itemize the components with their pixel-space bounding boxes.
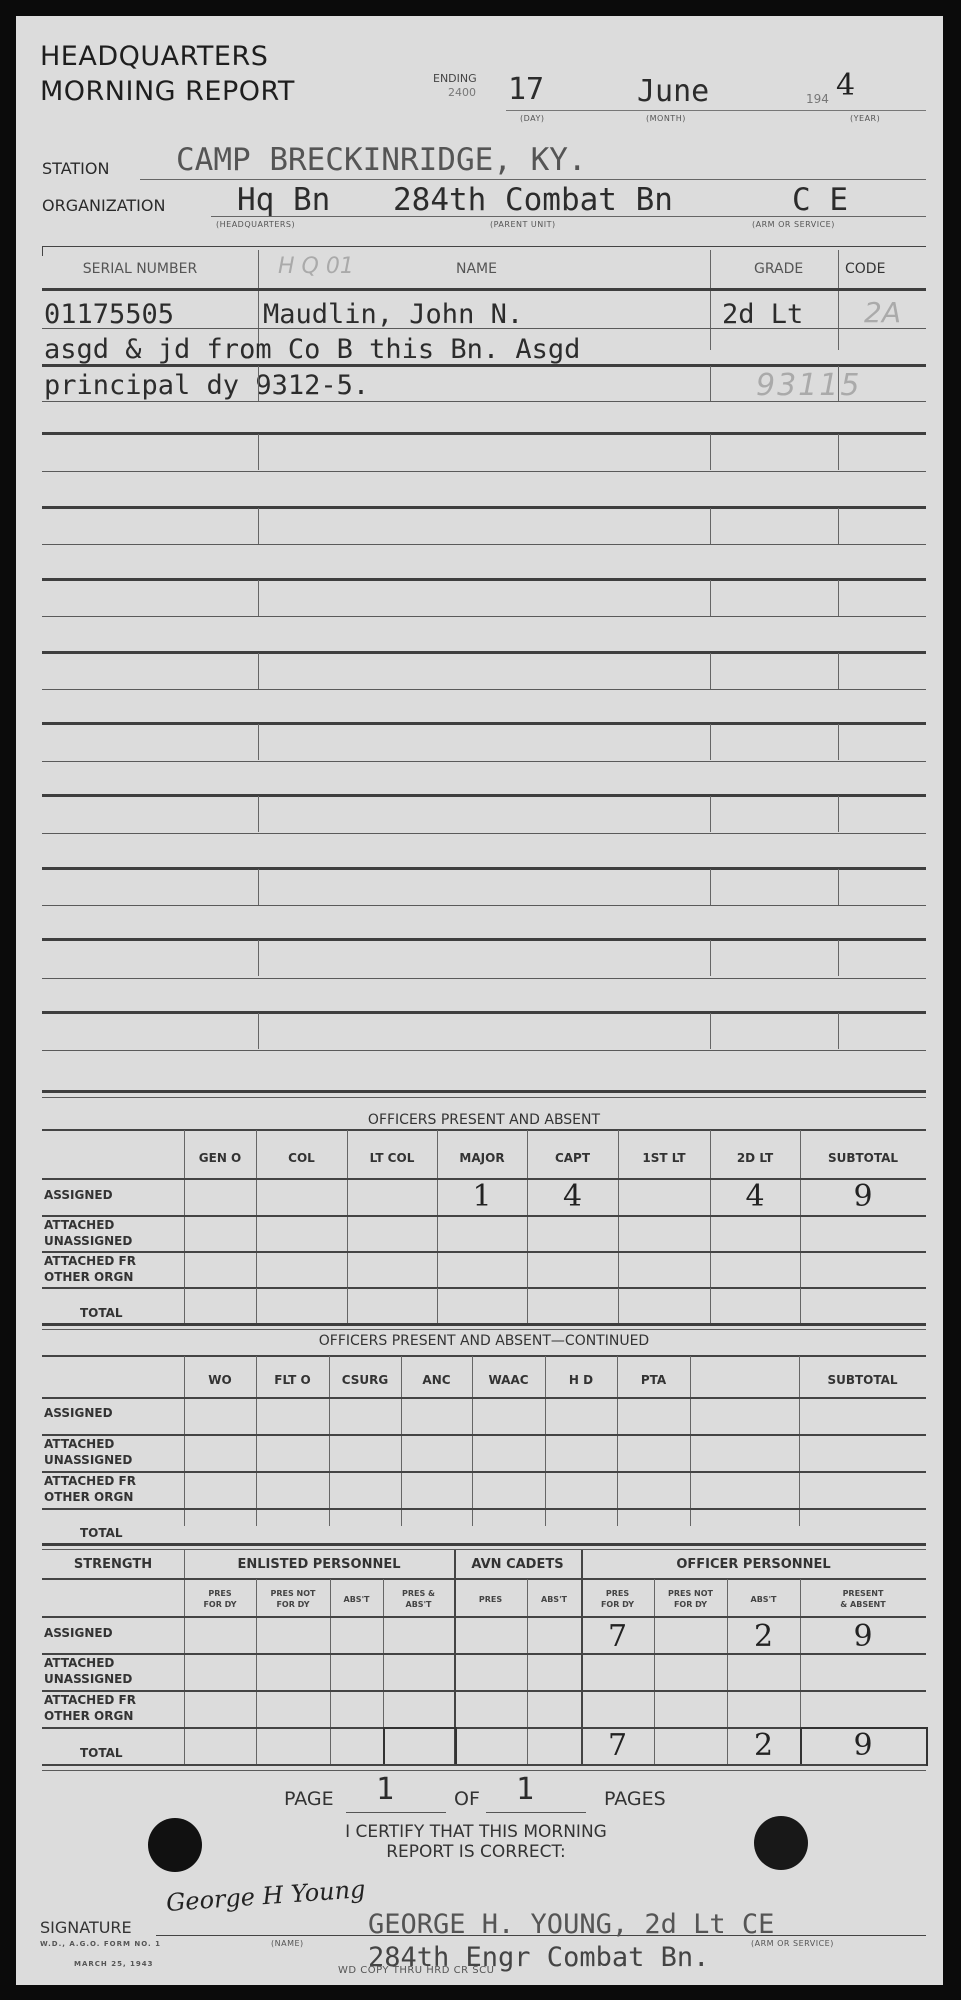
row-rule <box>42 1215 926 1217</box>
col-code: CODE <box>845 261 885 277</box>
remarks-line-2: principal dy 9312-5. <box>44 370 369 401</box>
label-line: PRES <box>208 1589 231 1598</box>
row-rule <box>42 1578 926 1580</box>
entry-row-rule <box>42 328 926 329</box>
col-pta: PTA <box>617 1373 690 1387</box>
label-line: PRES NOT <box>668 1589 713 1598</box>
row-label-attached-unassigned: ATTACHEDUNASSIGNED <box>44 1655 132 1687</box>
divider <box>838 580 839 616</box>
divider <box>710 508 711 544</box>
group-enlisted-personnel: ENLISTED PERSONNEL <box>184 1557 454 1572</box>
divider <box>527 1579 528 1764</box>
officers-title: OFFICERS PRESENT AND ABSENT <box>42 1112 926 1128</box>
label-line: UNASSIGNED <box>44 1234 132 1248</box>
station-value: CAMP BRECKINRIDGE, KY. <box>176 142 587 178</box>
page-label: PAGE <box>284 1788 334 1810</box>
organization-arm: C E <box>792 182 848 218</box>
divider <box>258 434 259 470</box>
divider <box>838 724 839 760</box>
row-rule <box>42 578 926 581</box>
row-rule <box>42 1355 926 1357</box>
divider <box>710 1288 711 1324</box>
divider <box>330 1579 331 1764</box>
entry-grade: 2d Lt <box>722 299 803 330</box>
row-rule <box>42 1543 926 1546</box>
remarks-line-1: asgd & jd from Co B this Bn. Asgd <box>44 334 580 365</box>
divider <box>710 796 711 832</box>
label-line: FOR DY <box>276 1600 309 1609</box>
station-underline <box>140 179 926 180</box>
divider <box>258 508 259 544</box>
signer-name-grade: GEORGE H. YOUNG, 2d Lt CE <box>368 1909 774 1940</box>
officers-continued-title: OFFICERS PRESENT AND ABSENT—CONTINUED <box>42 1333 926 1349</box>
label-line: UNASSIGNED <box>44 1453 132 1467</box>
divider <box>256 1288 257 1324</box>
divider <box>258 940 259 976</box>
row-rule <box>42 761 926 762</box>
sub-enl-abst: ABS'T <box>330 1594 383 1605</box>
col-waac: WAAC <box>472 1373 545 1387</box>
year-caption: (YEAR) <box>850 114 880 123</box>
row-rule <box>42 1471 926 1473</box>
row-rule <box>42 689 926 690</box>
divider <box>710 653 711 689</box>
form-title-headquarters: HEADQUARTERS <box>40 41 268 72</box>
label-line: OTHER ORGN <box>44 1709 133 1723</box>
arm-caption: (ARM OR SERVICE) <box>752 220 835 229</box>
row-label-total: TOTAL <box>80 1306 123 1320</box>
row-rule <box>42 1616 926 1618</box>
col-capt: CAPT <box>527 1151 618 1165</box>
strength-label: STRENGTH <box>42 1557 184 1572</box>
officer-assigned-abst: 2 <box>727 1619 800 1654</box>
divider <box>184 1550 185 1764</box>
officer-total-present-absent: 9 <box>800 1728 926 1763</box>
organization-underline <box>211 216 926 217</box>
row-rule <box>42 1090 926 1093</box>
entry-code: 2A <box>864 296 901 329</box>
row-label-total: TOTAL <box>80 1526 123 1540</box>
row-rule <box>42 1653 926 1655</box>
pencil-code: 93115 <box>756 368 861 403</box>
row-rule <box>42 1251 926 1253</box>
label-line: UNASSIGNED <box>44 1672 132 1686</box>
row-rule <box>42 1323 926 1326</box>
signature-label: SIGNATURE <box>40 1918 132 1937</box>
label-line: & ABSENT <box>840 1600 885 1609</box>
divider <box>838 434 839 470</box>
headquarters-caption: (HEADQUARTERS) <box>216 220 295 229</box>
divider <box>258 580 259 616</box>
row-label-assigned: ASSIGNED <box>44 1626 113 1640</box>
row-label-attached-unassigned: ATTACHEDUNASSIGNED <box>44 1436 132 1468</box>
entry-row-rule <box>42 401 926 402</box>
row-rule <box>42 867 926 870</box>
row-rule <box>42 616 926 617</box>
row-rule <box>42 978 926 979</box>
row-rule <box>42 506 926 509</box>
row-rule <box>42 471 926 472</box>
row-rule <box>42 1329 926 1330</box>
label-line: PRES NOT <box>271 1589 316 1598</box>
parent-unit-caption: (PARENT UNIT) <box>490 220 556 229</box>
copy-stamp: WD COPY THRU HRD CR SCU <box>338 1965 494 1976</box>
label-line: FOR DY <box>203 1600 236 1609</box>
morning-report-form: HEADQUARTERS MORNING REPORT ENDING 2400 … <box>16 16 943 1985</box>
divider <box>710 366 711 402</box>
enlisted-total-box <box>383 1727 457 1766</box>
label-line: PRES <box>606 1589 629 1598</box>
label-line: PRESENT <box>843 1589 884 1598</box>
label-line: OTHER ORGN <box>44 1270 133 1284</box>
divider <box>527 1288 528 1324</box>
organization-label: ORGANIZATION <box>42 196 165 215</box>
divider <box>838 940 839 976</box>
col-2d-lt: 2D LT <box>710 1151 800 1165</box>
officers-assigned-subtotal: 9 <box>800 1179 926 1214</box>
divider <box>690 1356 691 1526</box>
punch-hole-left <box>148 1818 202 1872</box>
label-line: ATTACHED FR <box>44 1254 136 1268</box>
form-number: W.D., A.G.O. FORM NO. 1 <box>40 1940 161 1948</box>
year-prefix: 194 <box>806 92 829 106</box>
certify-line-1: I CERTIFY THAT THIS MORNING <box>196 1822 756 1842</box>
col-subtotal-continued: SUBTOTAL <box>799 1373 926 1387</box>
handwritten-signature: George H Young <box>165 1875 366 1917</box>
divider <box>710 869 711 905</box>
col-csurg: CSURG <box>329 1373 401 1387</box>
sub-off-present-and-absent: PRESENT& ABSENT <box>800 1588 926 1610</box>
divider <box>258 653 259 689</box>
row-rule <box>42 544 926 545</box>
col-serial-number: SERIAL NUMBER <box>60 261 220 277</box>
col-1st-lt: 1ST LT <box>618 1151 710 1165</box>
sub-cadets-pres: PRES <box>454 1594 527 1605</box>
col-flt-o: FLT O <box>256 1373 329 1387</box>
row-label-attached-other-orgn: ATTACHED FROTHER ORGN <box>44 1253 136 1285</box>
date-underline <box>506 110 926 111</box>
row-label-attached-other-orgn: ATTACHED FROTHER ORGN <box>44 1473 136 1505</box>
col-anc: ANC <box>401 1373 472 1387</box>
divider <box>347 1288 348 1324</box>
divider <box>258 796 259 832</box>
col-gen-o: GEN O <box>184 1151 256 1165</box>
row-rule <box>42 1129 926 1131</box>
divider <box>258 869 259 905</box>
divider <box>710 434 711 470</box>
row-rule <box>42 1764 926 1766</box>
sub-enl-pres-not-for-dy: PRES NOTFOR DY <box>256 1588 330 1610</box>
pages-label: PAGES <box>604 1788 666 1810</box>
label-line: ATTACHED <box>44 1218 114 1232</box>
row-rule <box>42 1397 926 1399</box>
label-line: ATTACHED <box>44 1656 114 1670</box>
divider <box>838 869 839 905</box>
divider <box>710 724 711 760</box>
page-number: 1 <box>376 1772 394 1807</box>
officer-assigned-pres-for-dy: 7 <box>581 1619 654 1654</box>
divider <box>258 724 259 760</box>
col-lt-col: LT COL <box>347 1151 437 1165</box>
entries-left-tick <box>42 246 43 256</box>
divider <box>710 940 711 976</box>
entry-serial: 01175505 <box>44 299 174 330</box>
col-subtotal: SUBTOTAL <box>800 1151 926 1165</box>
group-avn-cadets: AVN CADETS <box>454 1557 581 1572</box>
row-rule <box>42 938 926 941</box>
page-underline <box>346 1812 446 1813</box>
col-major: MAJOR <box>437 1151 527 1165</box>
label-line: OTHER ORGN <box>44 1490 133 1504</box>
divider <box>258 366 259 402</box>
label-line: ATTACHED <box>44 1437 114 1451</box>
label-line: ATTACHED FR <box>44 1474 136 1488</box>
divider <box>258 1013 259 1049</box>
of-label: OF <box>454 1788 480 1810</box>
col-name: NAME <box>456 261 497 277</box>
label-line: FOR DY <box>601 1600 634 1609</box>
row-label-assigned: ASSIGNED <box>44 1406 113 1420</box>
report-month: June <box>637 74 709 109</box>
organization-parent-unit: 284th Combat Bn <box>393 182 673 218</box>
row-rule <box>42 1097 926 1098</box>
row-label-assigned: ASSIGNED <box>44 1188 113 1202</box>
row-rule <box>42 1770 926 1771</box>
officers-assigned-major: 1 <box>437 1179 527 1214</box>
divider-name-grade <box>710 250 711 350</box>
divider <box>838 653 839 689</box>
sub-enl-pres-and-abst: PRES &ABS'T <box>383 1588 454 1610</box>
sub-enl-pres-for-dy: PRESFOR DY <box>184 1588 256 1610</box>
row-rule <box>42 1050 926 1051</box>
form-date: MARCH 25, 1943 <box>74 1960 154 1968</box>
row-rule <box>42 794 926 797</box>
divider <box>437 1288 438 1324</box>
arm-service-caption: (ARM OR SERVICE) <box>751 1939 834 1948</box>
sub-off-pres-not-for-dy: PRES NOTFOR DY <box>654 1588 727 1610</box>
total-underline <box>486 1812 586 1813</box>
officers-assigned-2d-lt: 4 <box>710 1179 800 1214</box>
divider <box>838 796 839 832</box>
divider <box>710 1013 711 1049</box>
divider <box>838 366 839 402</box>
row-rule <box>42 1690 926 1692</box>
label-line: FOR DY <box>674 1600 707 1609</box>
row-rule <box>42 432 926 435</box>
row-rule <box>42 722 926 725</box>
divider-grade-code <box>838 250 839 350</box>
col-grade: GRADE <box>754 261 803 277</box>
page-total: 1 <box>516 1772 534 1807</box>
name-caption: (NAME) <box>271 1939 304 1948</box>
row-label-attached-unassigned: ATTACHEDUNASSIGNED <box>44 1217 132 1249</box>
officer-assigned-present-absent: 9 <box>800 1619 926 1654</box>
divider <box>184 1288 185 1324</box>
label-line: ABS'T <box>406 1600 432 1609</box>
row-rule <box>42 1549 926 1550</box>
divider <box>800 1288 801 1324</box>
row-rule <box>42 905 926 906</box>
station-label: STATION <box>42 159 109 178</box>
divider <box>838 1013 839 1049</box>
col-wo: WO <box>184 1373 256 1387</box>
row-rule <box>42 1287 926 1289</box>
form-title-morning-report: MORNING REPORT <box>40 76 295 107</box>
label-line: ATTACHED FR <box>44 1693 136 1707</box>
sub-off-abst: ABS'T <box>727 1594 800 1605</box>
organization-headquarters: Hq Bn <box>237 182 330 218</box>
officer-total-pres-for-dy: 7 <box>581 1728 654 1763</box>
col-col: COL <box>256 1151 347 1165</box>
row-rule <box>42 1434 926 1436</box>
ending-time-label: 2400 <box>448 86 476 99</box>
officer-total-abst: 2 <box>727 1728 800 1763</box>
year-suffix: 4 <box>836 68 855 103</box>
label-line: PRES & <box>402 1589 435 1598</box>
row-rule <box>42 833 926 834</box>
row-label-attached-other-orgn: ATTACHED FROTHER ORGN <box>44 1692 136 1724</box>
group-officer-personnel: OFFICER PERSONNEL <box>581 1557 926 1572</box>
divider <box>710 580 711 616</box>
report-day: 17 <box>508 72 544 107</box>
divider <box>618 1288 619 1324</box>
pencil-mark-hq: H Q 01 <box>278 254 354 279</box>
divider <box>838 508 839 544</box>
day-caption: (DAY) <box>520 114 545 123</box>
certify-line-2: REPORT IS CORRECT: <box>196 1842 756 1862</box>
entries-top-border <box>42 246 926 247</box>
sub-cadets-abst: ABS'T <box>527 1594 581 1605</box>
officers-assigned-capt: 4 <box>527 1179 618 1214</box>
row-rule <box>42 1508 926 1510</box>
entry-name: Maudlin, John N. <box>263 299 523 330</box>
sub-off-pres-for-dy: PRESFOR DY <box>581 1588 654 1610</box>
row-label-total: TOTAL <box>80 1746 123 1760</box>
remarks-rule <box>42 364 926 367</box>
row-rule <box>42 651 926 654</box>
row-rule <box>42 1011 926 1014</box>
month-caption: (MONTH) <box>646 114 686 123</box>
entries-header-rule <box>42 288 926 291</box>
ending-label: ENDING <box>433 72 477 85</box>
punch-hole-right <box>754 1816 808 1870</box>
col-hd: H D <box>545 1373 617 1387</box>
